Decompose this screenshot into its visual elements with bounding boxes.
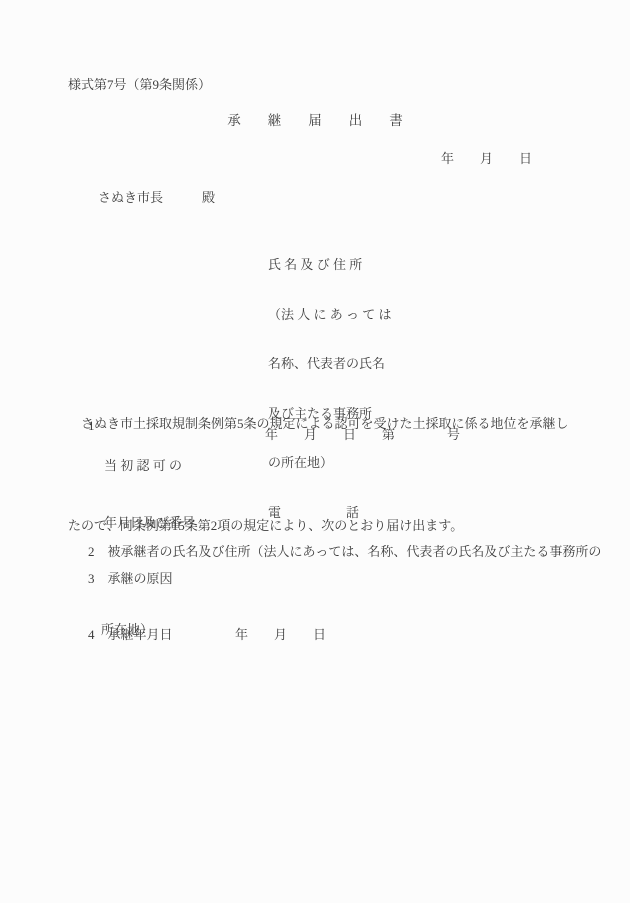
applicant-block-line: 氏 名 及 び 住 所 xyxy=(268,257,392,274)
submission-date-line: 年 月 日 xyxy=(441,151,532,167)
applicant-block-line: （法 人 に あ っ て は xyxy=(268,307,392,324)
item2-line: 2 被承継者の氏名及び住所（法人にあっては、名称、代表者の氏名及び主たる事務所の xyxy=(88,539,588,565)
form-number: 様式第7号（第9条関係） xyxy=(68,77,211,93)
item1-permit-date-number-field: 年 月 日 第 号 xyxy=(265,427,460,443)
item3-succession-cause: 3 承継の原因 xyxy=(88,571,173,587)
addressee-line: さぬき市長 殿 xyxy=(98,190,215,206)
document-title: 承 継 届 出 書 xyxy=(0,113,630,130)
item4-succession-date-field: 年 月 日 xyxy=(235,627,326,643)
document-page: 様式第7号（第9条関係） 承 継 届 出 書 年 月 日 さぬき市長 殿 氏 名… xyxy=(0,0,630,903)
item1-label-line: 当 初 認 可 の xyxy=(104,456,195,475)
item4-succession-date-label: 4 承継年月日 xyxy=(88,627,173,643)
item1-number: 1 xyxy=(88,418,95,434)
item2-predecessor-name-address: 2 被承継者の氏名及び住所（法人にあっては、名称、代表者の氏名及び主たる事務所の… xyxy=(88,487,588,695)
